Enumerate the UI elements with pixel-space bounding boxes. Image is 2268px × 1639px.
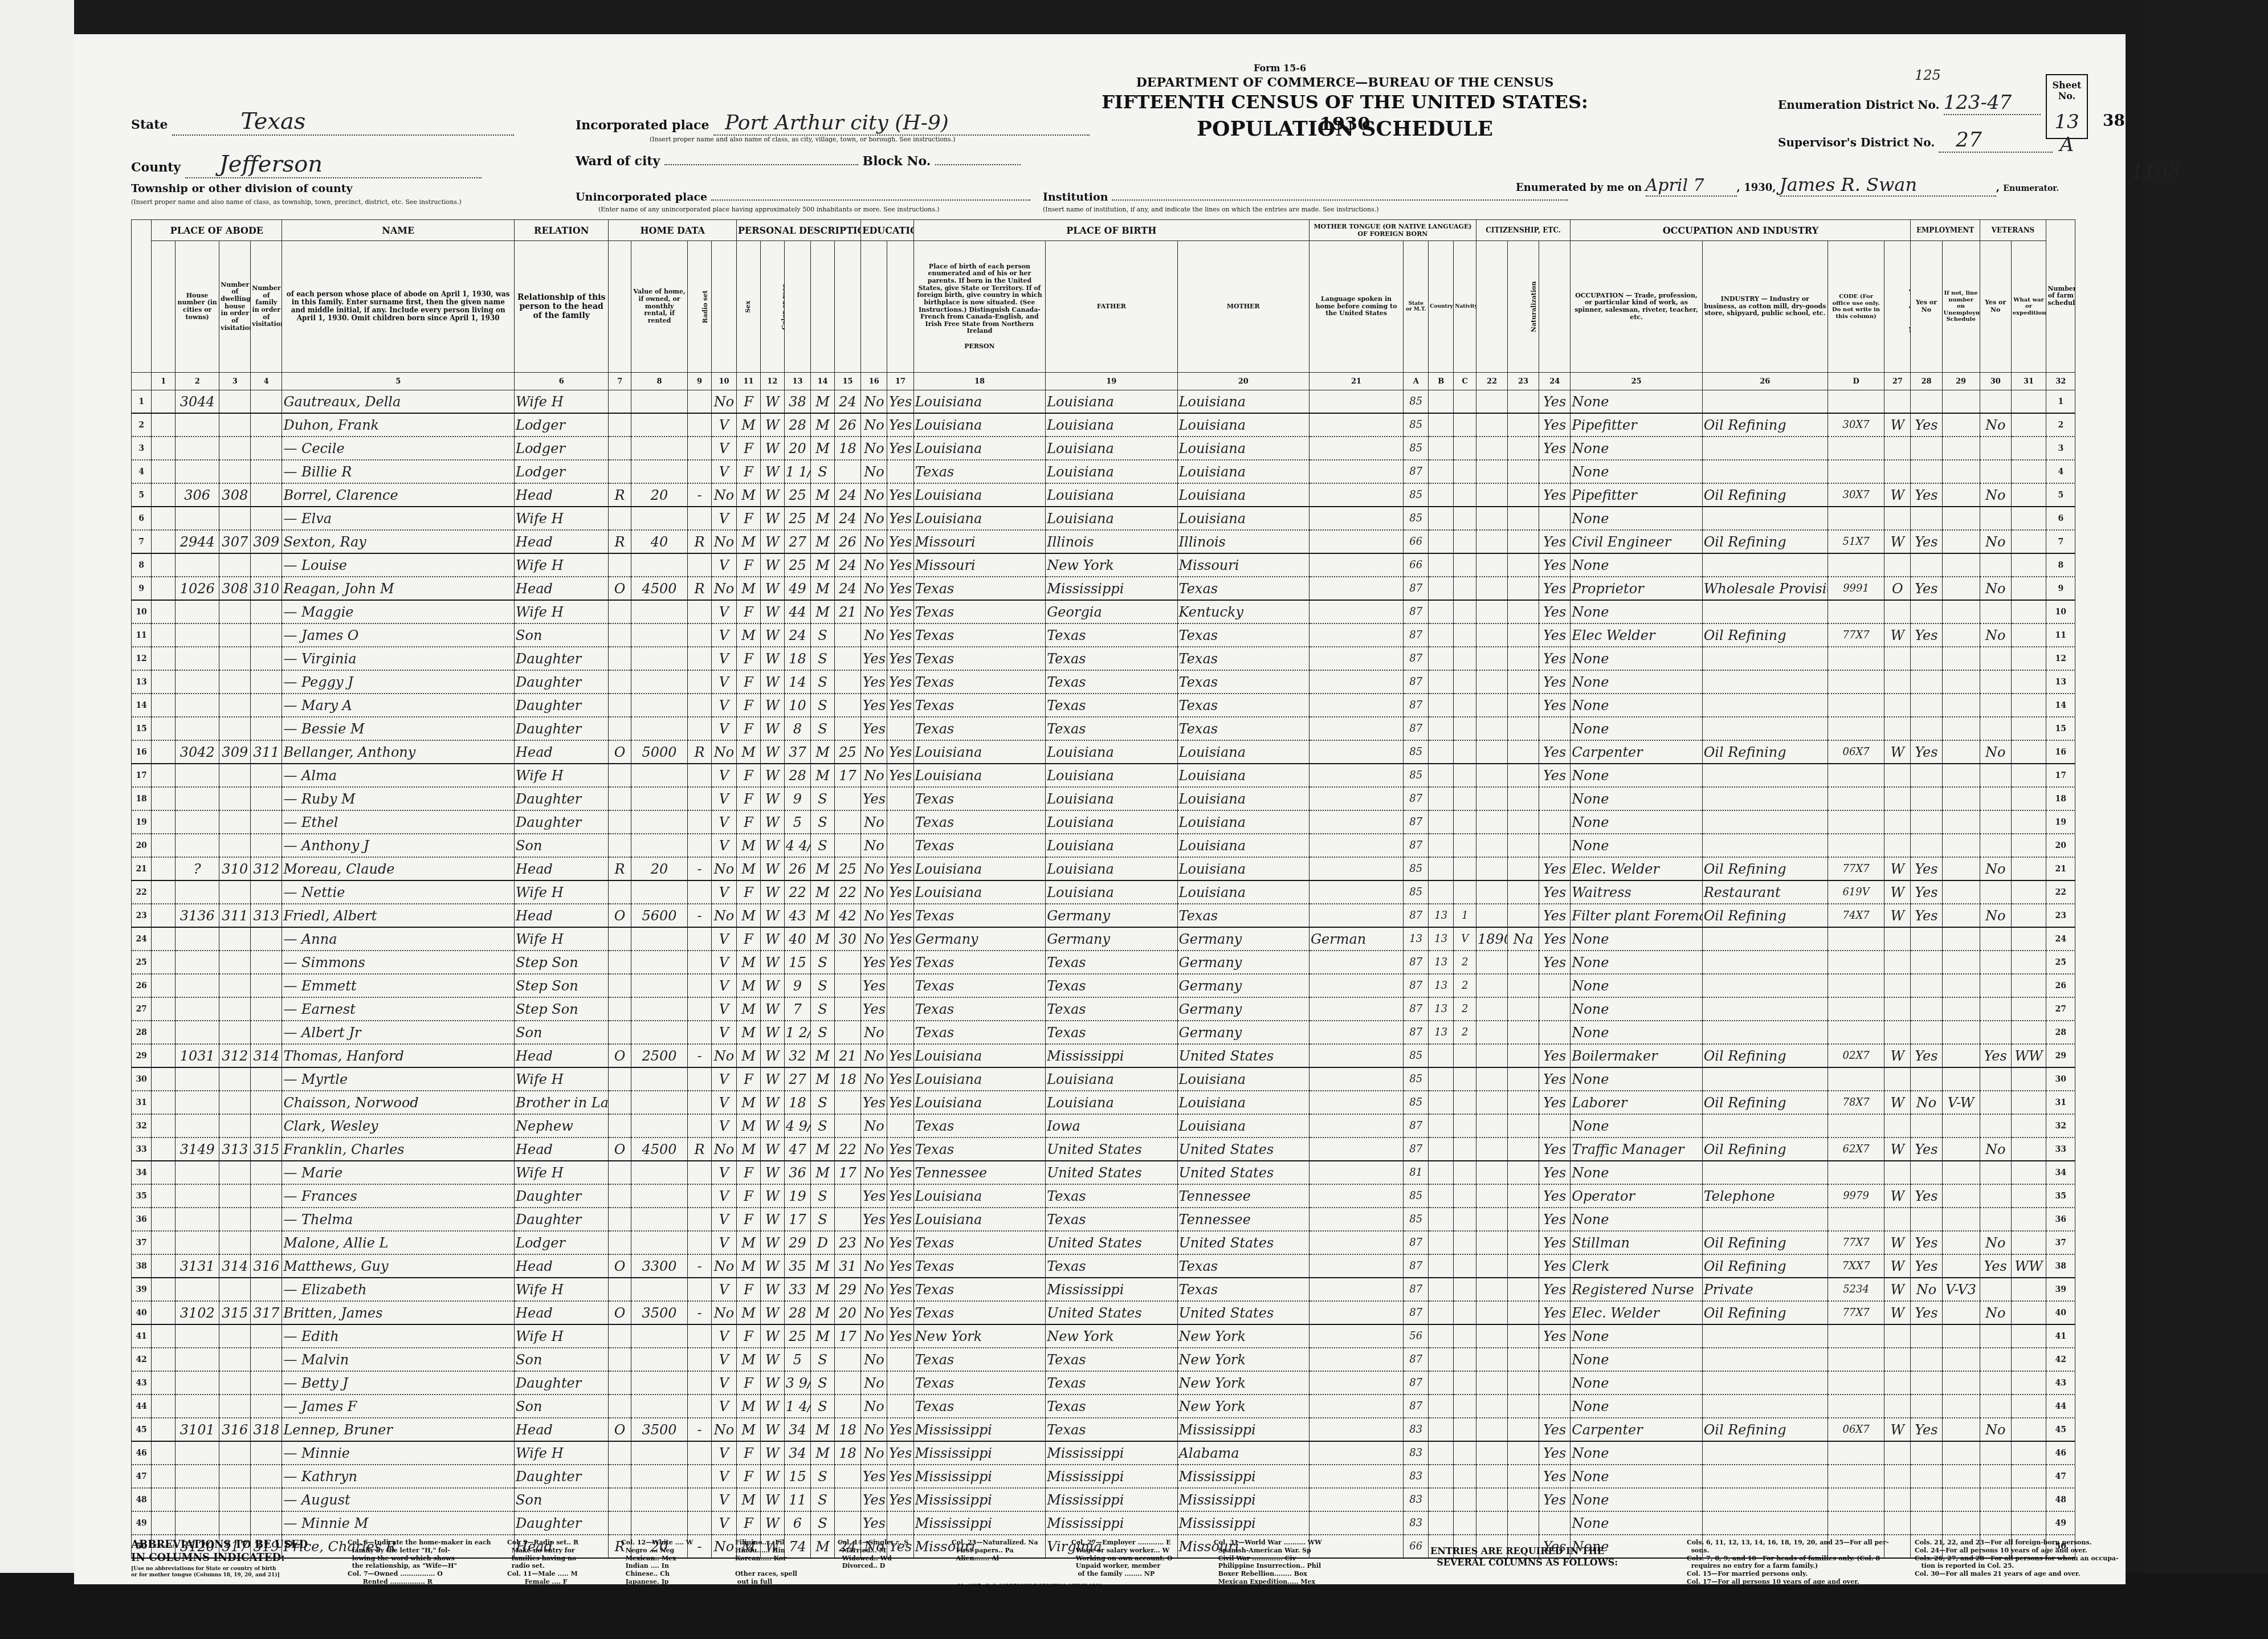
- cell-name: Chaisson, Norwood: [282, 1091, 515, 1114]
- line-number-right: 17: [2046, 764, 2075, 787]
- cell-val: [631, 1441, 687, 1465]
- cell-radio: [688, 834, 712, 857]
- cell-eng: Yes: [1539, 1254, 1571, 1278]
- cell-farm: V: [712, 880, 737, 904]
- cell-sch: No: [861, 1301, 887, 1324]
- cell-race: W: [760, 623, 784, 647]
- cell-bp: Louisiana: [913, 1091, 1045, 1114]
- cell-val: [631, 717, 687, 740]
- cell-street: [152, 857, 176, 880]
- cell-code: 7XX7: [1828, 1254, 1884, 1278]
- cell-name: Franklin, Charles: [282, 1137, 515, 1161]
- line-number-right: 15: [2046, 717, 2075, 740]
- cell-cls: W: [1884, 483, 1911, 507]
- cell-name: Malone, Allie L: [282, 1231, 515, 1254]
- column-number: 27: [1884, 373, 1911, 390]
- cell-age: 34: [784, 1441, 810, 1465]
- cell-unemp: [1942, 1418, 1980, 1441]
- cell-lang: [1309, 483, 1403, 507]
- cell-lang: [1309, 1488, 1403, 1511]
- cell-occ: None: [1571, 437, 1702, 460]
- cell-lang: [1309, 764, 1403, 787]
- cell-val: [631, 787, 687, 810]
- line-number-right: 33: [2046, 1137, 2075, 1161]
- cell-farm: No: [712, 1254, 737, 1278]
- cell-street: [152, 1418, 176, 1441]
- cell-bp: Texas: [913, 1021, 1045, 1044]
- cell-house: [176, 1511, 219, 1535]
- cell-rel: Daughter: [515, 810, 609, 834]
- column-number: 1: [152, 373, 176, 390]
- cell-vet: [1980, 1465, 2011, 1488]
- cell-street: [152, 1114, 176, 1137]
- cell-bpf: Texas: [1046, 997, 1177, 1021]
- cell-cb: [1429, 460, 1454, 483]
- cell-nat: [1508, 1418, 1539, 1441]
- cell-rel: Son: [515, 1348, 609, 1371]
- incorporated-value: Port Arthur city (H-9): [713, 111, 1090, 136]
- cell-dwell: [219, 880, 251, 904]
- cell-radio: [688, 437, 712, 460]
- cell-sex: F: [737, 1278, 761, 1301]
- cell-vet: [1980, 1511, 2011, 1535]
- cell-rel: Wife H: [515, 1161, 609, 1184]
- cell-read: Yes: [887, 1044, 913, 1067]
- cell-sch: Yes: [861, 1465, 887, 1488]
- cell-mar: M: [811, 1418, 835, 1441]
- cell-sex: M: [737, 1418, 761, 1441]
- cell-sch: No: [861, 1324, 887, 1348]
- cell-rel: Son: [515, 1021, 609, 1044]
- cell-cc: [1454, 390, 1476, 414]
- cell-lang: [1309, 997, 1403, 1021]
- cell-ca: 87: [1404, 1371, 1429, 1395]
- cell-code: 77X7: [1828, 623, 1884, 647]
- table-row: 10— MaggieWife HVFW44M21NoYesTexasGeorgi…: [132, 600, 2097, 623]
- cell-radio: [688, 1021, 712, 1044]
- cell-age: 25: [784, 1324, 810, 1348]
- cell-imm: [1476, 740, 1507, 764]
- cell-age: 28: [784, 1301, 810, 1324]
- cell-vet: [1980, 390, 2011, 414]
- column-number: 28: [1911, 373, 1942, 390]
- cell-bpf: Louisiana: [1046, 1091, 1177, 1114]
- cell-imm: [1476, 1254, 1507, 1278]
- cell-unemp: [1942, 483, 1980, 507]
- cell-bp: Mississippi: [913, 1465, 1045, 1488]
- state-field: State Texas: [131, 108, 514, 136]
- cell-war: [2011, 927, 2046, 951]
- cell-read: [887, 834, 913, 857]
- cell-cls: O: [1884, 577, 1911, 600]
- cell-eng: Yes: [1539, 600, 1571, 623]
- cell-dwell: [219, 1324, 251, 1348]
- cell-work: No: [1911, 1278, 1942, 1301]
- cell-cls: W: [1884, 530, 1911, 553]
- cell-lang: [1309, 1324, 1403, 1348]
- table-row: 41— EdithWife HVFW25M17NoYesNew YorkNew …: [132, 1324, 2097, 1348]
- table-row: 37Malone, Allie LLodgerVMW29D23NoYesTexa…: [132, 1231, 2097, 1254]
- cell-bpm: United States: [1177, 1044, 1309, 1067]
- cell-rel: Head: [515, 1137, 609, 1161]
- cell-bp: Texas: [913, 1301, 1045, 1324]
- cell-ca: 87: [1404, 1348, 1429, 1371]
- cell-rel: Wife H: [515, 1324, 609, 1348]
- entries-list-1: Cols. 6, 11, 12, 13, 14, 16, 18, 19, 20,…: [1687, 1539, 1889, 1586]
- cell-agem: [834, 1184, 860, 1208]
- column-number: 7: [609, 373, 631, 390]
- cell-cb: 13: [1429, 974, 1454, 997]
- cell-mar: S: [811, 1021, 835, 1044]
- cell-cb: [1429, 717, 1454, 740]
- cell-ca: 87: [1404, 1114, 1429, 1137]
- cell-sch: No: [861, 553, 887, 577]
- cell-mar: M: [811, 927, 835, 951]
- cell-sch: No: [861, 1021, 887, 1044]
- cell-occ: None: [1571, 600, 1702, 623]
- cell-name: — James O: [282, 623, 515, 647]
- cell-code: 02X7: [1828, 1044, 1884, 1067]
- cell-work: [1911, 1465, 1942, 1488]
- cell-war: [2011, 1208, 2046, 1231]
- cell-war: [2011, 1091, 2046, 1114]
- cell-unemp: [1942, 1114, 1980, 1137]
- cell-agem: 21: [834, 600, 860, 623]
- cell-work: Yes: [1911, 623, 1942, 647]
- abbr-col23: Col. 23—Naturalized. Na First papers.. P…: [952, 1539, 1038, 1562]
- group-name: NAME: [282, 220, 515, 241]
- cell-sex: M: [737, 740, 761, 764]
- cell-cb: [1429, 1231, 1454, 1254]
- line-number-right: 14: [2046, 694, 2075, 717]
- cell-farm: V: [712, 460, 737, 483]
- cell-occ: None: [1571, 1511, 1702, 1535]
- cell-lang: German: [1309, 927, 1403, 951]
- cell-cls: [1884, 1348, 1911, 1371]
- cell-war: [2011, 483, 2046, 507]
- cell-farm: No: [712, 390, 737, 414]
- cell-own: [609, 1208, 631, 1231]
- cell-fam: [251, 1488, 282, 1511]
- cell-sex: M: [737, 483, 761, 507]
- cell-agem: [834, 1348, 860, 1371]
- cell-race: W: [760, 927, 784, 951]
- cell-occ: None: [1571, 1488, 1702, 1511]
- cell-nat: [1508, 1465, 1539, 1488]
- line-number: 26: [132, 974, 152, 997]
- cell-house: [176, 717, 219, 740]
- cell-radio: [688, 460, 712, 483]
- cell-sch: No: [861, 904, 887, 927]
- cell-cls: W: [1884, 1254, 1911, 1278]
- cell-imm: [1476, 764, 1507, 787]
- cell-race: W: [760, 1465, 784, 1488]
- cell-read: Yes: [887, 1301, 913, 1324]
- cell-imm: [1476, 1114, 1507, 1137]
- cell-unemp: [1942, 553, 1980, 577]
- cell-bpm: Louisiana: [1177, 413, 1309, 437]
- cell-lang: [1309, 1137, 1403, 1161]
- cell-radio: -: [688, 1301, 712, 1324]
- line-number-right: 29: [2046, 1044, 2075, 1067]
- cell-race: W: [760, 717, 784, 740]
- cell-eng: Yes: [1539, 1161, 1571, 1184]
- cell-fam: 313: [251, 904, 282, 927]
- cell-street: [152, 1137, 176, 1161]
- cell-street: [152, 1161, 176, 1184]
- cell-work: Yes: [1911, 857, 1942, 880]
- cell-farm: V: [712, 647, 737, 670]
- cell-street: [152, 974, 176, 997]
- cell-cc: [1454, 623, 1476, 647]
- table-row: 22— NettieWife HVFW22M22NoYesLouisianaLo…: [132, 880, 2097, 904]
- cell-farm: No: [712, 577, 737, 600]
- cell-age: 5: [784, 1348, 810, 1371]
- cell-dwell: [219, 694, 251, 717]
- cell-cb: [1429, 437, 1454, 460]
- cell-code: [1828, 647, 1884, 670]
- cell-lang: [1309, 1395, 1403, 1418]
- cell-street: [152, 764, 176, 787]
- cell-own: [609, 1395, 631, 1418]
- cell-age: 29: [784, 1231, 810, 1254]
- line-number-right: 43: [2046, 1371, 2075, 1395]
- cell-race: W: [760, 1348, 784, 1371]
- table-row: 26— EmmettStep SonVMW9SYesTexasTexasGerm…: [132, 974, 2097, 997]
- cell-own: [609, 437, 631, 460]
- cell-occ: None: [1571, 1161, 1702, 1184]
- abbr-races: Filipino..... Fil Hindu...... Hin Korean…: [735, 1539, 797, 1586]
- column-number: A: [1404, 373, 1429, 390]
- line-number: 19: [132, 810, 152, 834]
- table-row: 21?310312Moreau, ClaudeHeadR20-NoMW26M25…: [132, 857, 2097, 880]
- cell-imm: [1476, 623, 1507, 647]
- schedule-rows: 13044Gautreaux, DellaWife HNoFW38M24NoYe…: [132, 390, 2097, 1559]
- cell-sch: Yes: [861, 1184, 887, 1208]
- cell-bpf: Louisiana: [1046, 834, 1177, 857]
- cell-read: [887, 1511, 913, 1535]
- cell-fam: [251, 413, 282, 437]
- cell-radio: [688, 647, 712, 670]
- cell-ind: [1702, 1511, 1828, 1535]
- cell-occ: None: [1571, 1067, 1702, 1091]
- cell-nat: [1508, 1091, 1539, 1114]
- cell-read: Yes: [887, 1324, 913, 1348]
- cell-cls: W: [1884, 857, 1911, 880]
- col12-header: Color or race: [760, 241, 784, 373]
- cell-occ: Registered Nurse: [1571, 1278, 1702, 1301]
- cell-house: 306: [176, 483, 219, 507]
- cell-bpf: Texas: [1046, 1348, 1177, 1371]
- cell-house: [176, 1324, 219, 1348]
- cell-bp: Texas: [913, 577, 1045, 600]
- cell-work: [1911, 670, 1942, 694]
- cell-fam: [251, 1091, 282, 1114]
- cell-imm: [1476, 530, 1507, 553]
- cell-sex: F: [737, 600, 761, 623]
- cell-lang: [1309, 857, 1403, 880]
- cell-street: [152, 1254, 176, 1278]
- cell-imm: 1890: [1476, 927, 1507, 951]
- cell-ca: 83: [1404, 1418, 1429, 1441]
- cell-house: [176, 413, 219, 437]
- cell-lang: [1309, 717, 1403, 740]
- abbr-col9-11: Col. 9—Radio set.. R Make no entry for f…: [507, 1539, 578, 1586]
- cell-eng: [1539, 1511, 1571, 1535]
- abbr-note: [Use no abbreviations for State or count…: [131, 1566, 280, 1579]
- cell-bpf: Mississippi: [1046, 1511, 1177, 1535]
- cell-imm: [1476, 880, 1507, 904]
- cell-eng: Yes: [1539, 880, 1571, 904]
- cell-name: Bellanger, Anthony: [282, 740, 515, 764]
- cell-val: [631, 647, 687, 670]
- line-number-right: 41: [2046, 1324, 2075, 1348]
- ed-label: Enumeration District No.: [1778, 98, 1940, 112]
- cell-farm: V: [712, 1208, 737, 1231]
- abbr-col12: Col. 12—White .... W Negro .... Neg Mexi…: [621, 1539, 693, 1586]
- cell-val: 4500: [631, 1137, 687, 1161]
- cell-cb: [1429, 880, 1454, 904]
- table-row: 43— Betty JDaughterVFW3 9/12SNoTexasTexa…: [132, 1371, 2097, 1395]
- cell-imm: [1476, 483, 1507, 507]
- cell-read: Yes: [887, 623, 913, 647]
- cell-occ: None: [1571, 390, 1702, 414]
- incorporated-note: (Insert proper name and also name of cla…: [650, 136, 1090, 143]
- cell-unemp: [1942, 1254, 1980, 1278]
- cell-work: Yes: [1911, 577, 1942, 600]
- cell-bp: Louisiana: [913, 483, 1045, 507]
- cell-war: [2011, 997, 2046, 1021]
- cell-ind: [1702, 670, 1828, 694]
- cell-val: [631, 1278, 687, 1301]
- cell-bp: Texas: [913, 974, 1045, 997]
- cell-radio: [688, 694, 712, 717]
- cell-house: 3044: [176, 390, 219, 414]
- cell-lang: [1309, 437, 1403, 460]
- cell-read: Yes: [887, 507, 913, 530]
- cell-dwell: 309: [219, 740, 251, 764]
- cell-code: [1828, 460, 1884, 483]
- cell-fam: [251, 1021, 282, 1044]
- line-number: 17: [132, 764, 152, 787]
- cell-rel: Brother in Law: [515, 1091, 609, 1114]
- cell-bpf: Texas: [1046, 717, 1177, 740]
- cell-read: Yes: [887, 1161, 913, 1184]
- cell-lang: [1309, 1114, 1403, 1137]
- cell-nat: [1508, 577, 1539, 600]
- table-row: 44— James FSonVMW1 4/12SNoTexasTexasNew …: [132, 1395, 2097, 1418]
- column-number: 22: [1476, 373, 1507, 390]
- cell-eng: Yes: [1539, 740, 1571, 764]
- cell-bpm: Texas: [1177, 1278, 1309, 1301]
- cell-bpm: Louisiana: [1177, 810, 1309, 834]
- cell-mar: M: [811, 1441, 835, 1465]
- table-row: 19— EthelDaughterVFW5SNoTexasLouisianaLo…: [132, 810, 2097, 834]
- cell-cls: [1884, 647, 1911, 670]
- cell-own: [609, 787, 631, 810]
- cell-dwell: 315: [219, 1301, 251, 1324]
- cell-dwell: [219, 460, 251, 483]
- cell-ind: Oil Refining: [1702, 413, 1828, 437]
- cell-imm: [1476, 1137, 1507, 1161]
- cell-imm: [1476, 1395, 1507, 1418]
- cell-age: 27: [784, 1067, 810, 1091]
- cell-farm: V: [712, 1324, 737, 1348]
- cell-agem: [834, 1208, 860, 1231]
- cell-fam: [251, 1395, 282, 1418]
- cell-house: [176, 1067, 219, 1091]
- cell-bpf: Texas: [1046, 1395, 1177, 1418]
- cell-cc: [1454, 694, 1476, 717]
- cell-mar: M: [811, 530, 835, 553]
- cell-bpm: United States: [1177, 1231, 1309, 1254]
- cell-work: Yes: [1911, 1231, 1942, 1254]
- cell-vet: [1980, 1395, 2011, 1418]
- cell-ind: [1702, 390, 1828, 414]
- cell-race: W: [760, 857, 784, 880]
- cell-cb: [1429, 1418, 1454, 1441]
- cell-code: [1828, 1465, 1884, 1488]
- cell-eng: [1539, 1114, 1571, 1137]
- cell-occ: None: [1571, 1441, 1702, 1465]
- cell-street: [152, 437, 176, 460]
- cell-rel: Lodger: [515, 437, 609, 460]
- group-home-data: HOME DATA: [609, 220, 737, 241]
- cell-val: [631, 1348, 687, 1371]
- cell-fam: 318: [251, 1418, 282, 1441]
- cell-val: [631, 694, 687, 717]
- table-row: 453101316318Lennep, BrunerHeadO3500-NoMW…: [132, 1418, 2097, 1441]
- cell-imm: [1476, 1021, 1507, 1044]
- cell-mar: S: [811, 810, 835, 834]
- cell-read: Yes: [887, 694, 913, 717]
- cell-ind: Oil Refining: [1702, 1044, 1828, 1067]
- cell-val: [631, 600, 687, 623]
- cell-name: Gautreaux, Della: [282, 390, 515, 414]
- cell-war: [2011, 1021, 2046, 1044]
- cell-street: [152, 1278, 176, 1301]
- cell-read: Yes: [887, 553, 913, 577]
- cell-mar: S: [811, 717, 835, 740]
- cell-mar: M: [811, 483, 835, 507]
- cell-work: [1911, 974, 1942, 997]
- cell-name: — Billie R: [282, 460, 515, 483]
- group-place-of-abode: PLACE OF ABODE: [152, 220, 282, 241]
- cell-mar: S: [811, 1488, 835, 1511]
- cell-vet: No: [1980, 1418, 2011, 1441]
- cell-bp: Tennessee: [913, 1161, 1045, 1184]
- cell-bpm: New York: [1177, 1348, 1309, 1371]
- cell-bpm: Louisiana: [1177, 764, 1309, 787]
- cell-bpf: Louisiana: [1046, 413, 1177, 437]
- cell-work: Yes: [1911, 530, 1942, 553]
- cell-cc: [1454, 1371, 1476, 1395]
- cell-radio: [688, 1161, 712, 1184]
- cell-cc: [1454, 1418, 1476, 1441]
- cell-house: [176, 670, 219, 694]
- cell-imm: [1476, 787, 1507, 810]
- cell-bp: Texas: [913, 1371, 1045, 1395]
- cell-work: Yes: [1911, 1301, 1942, 1324]
- cell-work: Yes: [1911, 904, 1942, 927]
- cell-sex: F: [737, 694, 761, 717]
- cell-ind: [1702, 460, 1828, 483]
- cell-sch: No: [861, 1278, 887, 1301]
- enumerator-label: Enumerator.: [2003, 184, 2059, 193]
- col26-header: INDUSTRY — Industry or business, as cott…: [1702, 241, 1828, 373]
- cell-radio: [688, 1184, 712, 1208]
- cell-fam: [251, 1465, 282, 1488]
